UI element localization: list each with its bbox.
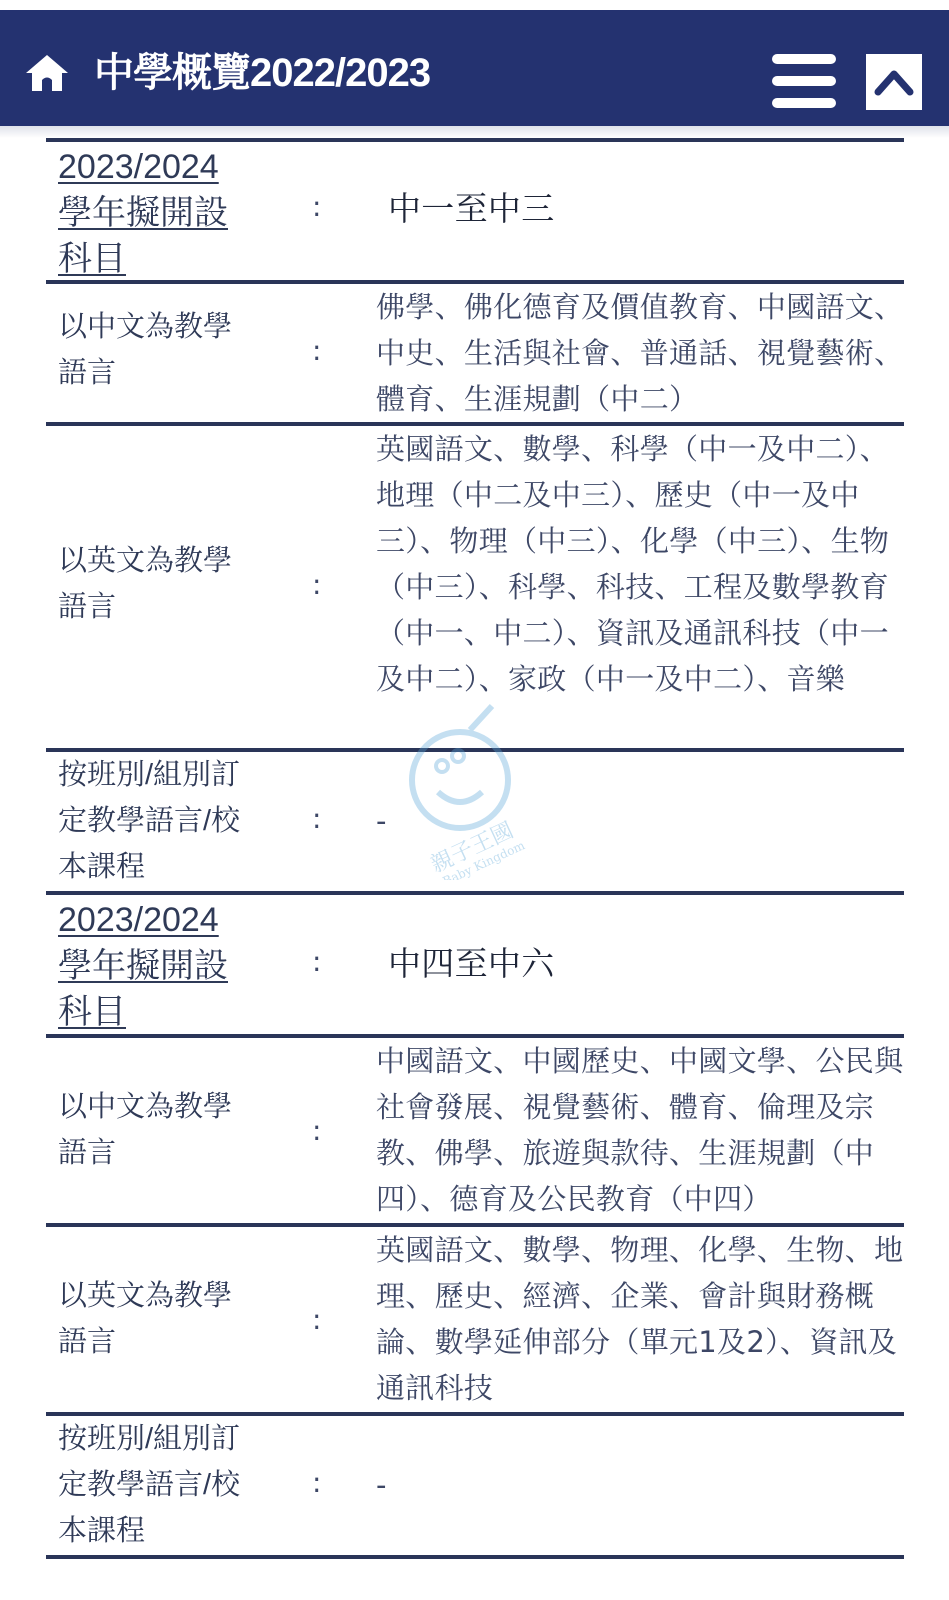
page-title: 中學概覽2022/2023 bbox=[94, 48, 430, 98]
header-shadow bbox=[0, 126, 949, 138]
colon: : bbox=[312, 1303, 321, 1336]
row-label: 以中文為教學語言 bbox=[58, 304, 248, 396]
subject-list: 英國語文、數學、科學（中一及中二）、地理（中二及中三）、歷史（中一及中三）、物理… bbox=[376, 426, 906, 702]
table-row-section: 2023/2024學年擬開設科目 : 中四至中六 bbox=[46, 891, 904, 1034]
menu-bar bbox=[772, 98, 836, 108]
colon: : bbox=[312, 1466, 321, 1499]
subject-list: 佛學、佛化德育及價值教育、中國語文、中史、生活與社會、普通話、視覺藝術、體育、生… bbox=[376, 284, 906, 422]
row-label: 以英文為教學語言 bbox=[58, 1273, 248, 1365]
row-label: 以中文為教學語言 bbox=[58, 1084, 248, 1176]
colon: : bbox=[312, 334, 321, 367]
row-label: 以英文為教學語言 bbox=[58, 538, 248, 630]
subject-list: 英國語文、數學、物理、化學、生物、地理、歷史、經濟、企業、會計與財務概論、數學延… bbox=[376, 1227, 906, 1411]
app-header: 中學概覽2022/2023 bbox=[0, 10, 949, 126]
row-label: 按班別/組別訂定教學語言/校本課程 bbox=[58, 1416, 258, 1554]
table-row: 以中文為教學語言 : 佛學、佛化德育及價值教育、中國語文、中史、生活與社會、普通… bbox=[46, 280, 904, 422]
grade-range: 中一至中三 bbox=[388, 186, 918, 232]
menu-bar bbox=[772, 54, 836, 64]
menu-bar bbox=[772, 76, 836, 86]
row-label: 按班別/組別訂定教學語言/校本課程 bbox=[58, 752, 258, 890]
grade-range: 中四至中六 bbox=[388, 941, 918, 987]
table-row-section: 2023/2024學年擬開設科目 : 中一至中三 bbox=[46, 138, 904, 280]
section-heading-link[interactable]: 2023/2024學年擬開設科目 bbox=[58, 144, 248, 282]
hamburger-menu-button[interactable] bbox=[770, 52, 838, 110]
colon: : bbox=[312, 568, 321, 601]
chevron-up-icon bbox=[874, 66, 914, 96]
colon: : bbox=[312, 945, 321, 978]
value-text: - bbox=[376, 1462, 906, 1508]
table-row: 以英文為教學語言 : 英國語文、數學、物理、化學、生物、地理、歷史、經濟、企業、… bbox=[46, 1223, 904, 1412]
table-row: 以中文為教學語言 : 中國語文、中國歷史、中國文學、公民與社會發展、視覺藝術、體… bbox=[46, 1034, 904, 1223]
subject-list: 中國語文、中國歷史、中國文學、公民與社會發展、視覺藝術、體育、倫理及宗教、佛學、… bbox=[376, 1038, 906, 1222]
section-heading-link[interactable]: 2023/2024學年擬開設科目 bbox=[58, 897, 248, 1035]
watermark-logo-icon: 親子王國 Baby Kingdom bbox=[400, 700, 540, 880]
colon: : bbox=[312, 190, 321, 223]
scroll-to-top-button[interactable] bbox=[866, 54, 922, 110]
colon: : bbox=[312, 802, 321, 835]
colon: : bbox=[312, 1114, 321, 1147]
home-icon[interactable] bbox=[24, 53, 70, 93]
table-row: 按班別/組別訂定教學語言/校本課程 : - bbox=[46, 1412, 904, 1559]
status-strip bbox=[0, 0, 949, 10]
